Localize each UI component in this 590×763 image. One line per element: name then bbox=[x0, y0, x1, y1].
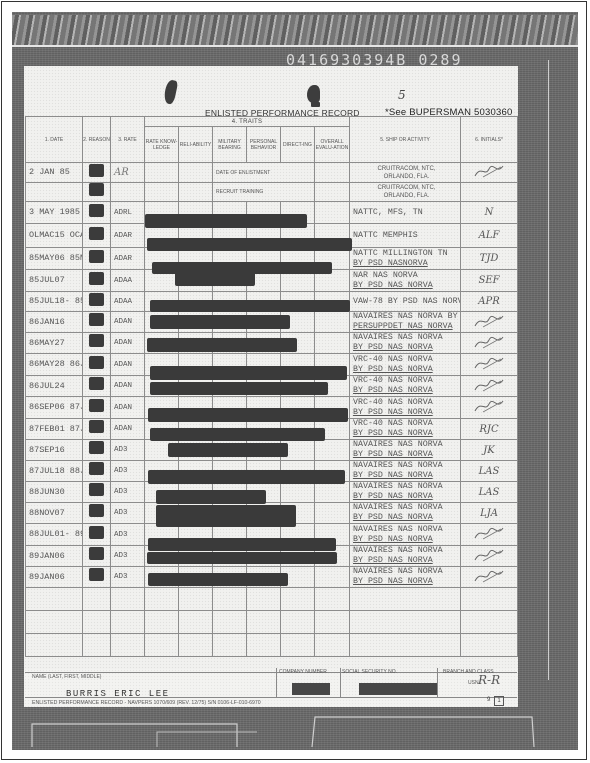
initials-cell: ALF bbox=[461, 224, 518, 248]
date-cell: 85JUL07 bbox=[26, 270, 83, 292]
hole-punch-mark bbox=[307, 85, 320, 103]
page-label: 9 bbox=[487, 697, 490, 703]
trait-note: RECRUIT TRAINING bbox=[213, 183, 315, 202]
initials-handwriting: TJD bbox=[480, 253, 499, 264]
trait-redaction bbox=[147, 552, 337, 564]
reason-redaction bbox=[89, 399, 104, 412]
rate-cell: AR bbox=[111, 163, 145, 183]
reason-redaction bbox=[89, 183, 104, 196]
initials-cell: LJA bbox=[461, 503, 518, 524]
trait-header: DIRECT-ING bbox=[281, 127, 315, 163]
date-cell: 86JAN16 bbox=[26, 312, 83, 333]
initials-cell: LAS bbox=[461, 482, 518, 503]
ship-activity-line: NAVAIRES NAS NORVA bbox=[353, 546, 460, 556]
trait-redaction bbox=[147, 338, 297, 352]
trait-redaction bbox=[148, 408, 348, 422]
trait-cell bbox=[315, 333, 350, 354]
initials-cell bbox=[461, 546, 518, 567]
reason-redaction bbox=[89, 334, 104, 347]
reason-redaction bbox=[89, 420, 104, 433]
reason-cell bbox=[83, 270, 111, 292]
date-cell: 86MAY27 bbox=[26, 333, 83, 354]
trait-cell bbox=[145, 163, 179, 183]
ship-activity-line: BY PSD NAS NORVA bbox=[353, 365, 460, 375]
date-cell: 89JAN06 bbox=[26, 546, 83, 567]
reason-cell bbox=[83, 482, 111, 503]
trait-redaction bbox=[150, 315, 290, 329]
initials-handwriting: APR bbox=[478, 296, 499, 307]
empty-cell bbox=[350, 588, 461, 611]
ship-activity-line: NAVAIRES NAS NORVA bbox=[353, 503, 460, 513]
empty-cell bbox=[315, 611, 350, 634]
column-header-initials: 6. INITIALS* bbox=[461, 117, 518, 163]
empty-cell bbox=[247, 634, 281, 657]
date-cell: 87JUL18 88JUN30 bbox=[26, 461, 83, 482]
empty-cell bbox=[315, 634, 350, 657]
ship-activity-line: NAVAIRES NAS NORVA bbox=[353, 567, 460, 577]
trait-cell bbox=[179, 183, 213, 202]
date-cell: 86SEP06 87JAN31 bbox=[26, 397, 83, 419]
initials-cell bbox=[461, 397, 518, 419]
company-number-redacted bbox=[292, 683, 330, 695]
table-row: 2 JAN 85ARDATE OF ENLISTMENTCRUITRACOM, … bbox=[26, 163, 518, 183]
ship-activity-line: BY PSD NAS NORVA bbox=[353, 450, 460, 460]
date-cell bbox=[26, 183, 83, 202]
empty-cell bbox=[350, 634, 461, 657]
date-cell: 87SEP16 bbox=[26, 440, 83, 461]
rate-cell: AD3 bbox=[111, 440, 145, 461]
ship-activity-line: BY PSD NAS NORVA bbox=[353, 386, 460, 396]
initials-cell bbox=[461, 183, 518, 202]
ssn-label: SOCIAL SECURITY NO. bbox=[342, 669, 397, 675]
empty-cell bbox=[247, 588, 281, 611]
empty-cell bbox=[26, 634, 83, 657]
ship-activity-line: CRUITRACOM, NTC, bbox=[353, 165, 460, 173]
table-row: 88JUN30AD3NAVAIRES NAS NORVABY PSD NAS N… bbox=[26, 482, 518, 503]
branch-class-value: R-R bbox=[478, 673, 500, 687]
ship-activity-line: BY PSD NAS NORVA bbox=[353, 513, 460, 523]
rate-cell: ADAN bbox=[111, 312, 145, 333]
ship-activity-line: BY PSD NAS NORVA bbox=[353, 556, 460, 566]
ship-activity-line: BY PSD NAS NORVA bbox=[353, 343, 460, 353]
ship-activity-line: NATTC MILLINGTON TN bbox=[353, 249, 460, 259]
initials-cell bbox=[461, 524, 518, 546]
ship-activity-cell: NAVAIRES NAS NORVABY PSD NAS NORVA bbox=[350, 333, 461, 354]
trait-cell bbox=[315, 482, 350, 503]
trait-header: RELI-ABILITY bbox=[179, 127, 213, 163]
trait-redaction bbox=[168, 443, 288, 457]
signature-scribble-icon bbox=[469, 398, 509, 414]
date-cell: 89JAN06 bbox=[26, 567, 83, 588]
ship-activity-line: NAVAIRES NAS NORVA bbox=[353, 525, 460, 535]
service-member-name: BURRIS ERIC LEE bbox=[66, 689, 170, 699]
ship-activity-line: NAVAIRES NAS NORVA bbox=[353, 440, 460, 450]
empty-cell bbox=[461, 634, 518, 657]
empty-cell bbox=[111, 611, 145, 634]
ship-activity-line: VAW-78 BY PSD NAS NORVA bbox=[353, 297, 460, 307]
initials-cell bbox=[461, 354, 518, 376]
initials-cell: LAS bbox=[461, 461, 518, 482]
reason-cell bbox=[83, 397, 111, 419]
hole-punch-mark bbox=[311, 102, 320, 107]
column-header-date: 1. DATE bbox=[26, 117, 83, 163]
empty-cell bbox=[26, 588, 83, 611]
initials-handwriting: LAS bbox=[479, 466, 500, 477]
empty-cell bbox=[145, 611, 179, 634]
trait-cell bbox=[315, 163, 350, 183]
empty-cell bbox=[213, 634, 247, 657]
empty-cell bbox=[281, 588, 315, 611]
margin-handwriting: 5 bbox=[398, 88, 406, 102]
reason-redaction bbox=[89, 293, 104, 306]
ship-activity-cell: NATTC MILLINGTON TNBY PSD NASNORVA bbox=[350, 248, 461, 270]
date-cell: 2 JAN 85 bbox=[26, 163, 83, 183]
ship-activity-cell: NAVAIRES NAS NORVABY PSD NAS NORVA bbox=[350, 567, 461, 588]
reason-redaction bbox=[89, 250, 104, 263]
reason-cell bbox=[83, 354, 111, 376]
footer-divider bbox=[340, 668, 341, 697]
rate-cell: ADAA bbox=[111, 292, 145, 312]
ship-activity-line: BY PSD NAS NORVA bbox=[353, 492, 460, 502]
initials-cell: APR bbox=[461, 292, 518, 312]
reason-redaction bbox=[89, 356, 104, 369]
ship-activity-line: BY PSD NAS NORVA bbox=[353, 535, 460, 545]
reason-redaction bbox=[89, 483, 104, 496]
empty-cell bbox=[281, 634, 315, 657]
ship-activity-line: NATTC, MFS, TN bbox=[353, 208, 460, 218]
initials-handwriting: RJC bbox=[479, 424, 498, 435]
initials-cell: JK bbox=[461, 440, 518, 461]
initials-cell: N bbox=[461, 202, 518, 224]
reason-redaction bbox=[89, 526, 104, 539]
reason-redaction bbox=[89, 204, 104, 217]
trait-redaction bbox=[148, 470, 345, 484]
initials-handwriting: SEF bbox=[478, 275, 499, 286]
trait-redaction bbox=[148, 573, 288, 586]
branch-prefix: USN bbox=[468, 680, 479, 686]
initials-cell bbox=[461, 567, 518, 588]
trait-cell bbox=[315, 202, 350, 224]
ship-activity-line: ORLANDO, FLA. bbox=[353, 173, 460, 181]
trait-cell bbox=[281, 482, 315, 503]
ship-activity-line: NAVAIRES NAS NORVA bbox=[353, 333, 460, 343]
signature-scribble-icon bbox=[469, 525, 509, 541]
reason-cell bbox=[83, 163, 111, 183]
trait-header: OVERALL EVALU-ATION bbox=[315, 127, 350, 163]
column-header-reason: 2. REASON bbox=[83, 117, 111, 163]
date-cell: 86JUL24 bbox=[26, 376, 83, 397]
initials-cell: TJD bbox=[461, 248, 518, 270]
company-number-label: COMPANY NUMBER bbox=[279, 669, 327, 675]
trait-redaction bbox=[147, 238, 352, 251]
signature-scribble-icon bbox=[469, 547, 509, 563]
trait-redaction bbox=[156, 505, 296, 527]
initials-handwriting: LAS bbox=[479, 487, 500, 498]
reason-cell bbox=[83, 503, 111, 524]
reason-cell bbox=[83, 461, 111, 482]
empty-cell bbox=[83, 611, 111, 634]
ship-activity-line: VRC-40 NAS NORVA bbox=[353, 376, 460, 386]
trait-header: MILITARY BEARING bbox=[213, 127, 247, 163]
trait-redaction bbox=[145, 214, 307, 228]
signature-scribble-icon bbox=[469, 377, 509, 393]
empty-cell bbox=[179, 588, 213, 611]
reason-cell bbox=[83, 202, 111, 224]
reason-cell bbox=[83, 567, 111, 588]
rate-cell: ADRL bbox=[111, 202, 145, 224]
rate-cell: ADAR bbox=[111, 224, 145, 248]
date-cell: OLMAC15 OCAP15 bbox=[26, 224, 83, 248]
ship-activity-line: NAR NAS NORVA bbox=[353, 271, 460, 281]
ship-activity-line: ORLANDO, FLA. bbox=[353, 192, 460, 200]
ship-activity-cell: VRC-40 NAS NORVABY PSD NAS NORVA bbox=[350, 376, 461, 397]
signature-scribble-icon bbox=[469, 334, 509, 350]
ssn-redacted bbox=[359, 683, 437, 695]
ship-activity-cell: NAVAIRES NAS NORVABY PSD NAS NORVA bbox=[350, 461, 461, 482]
trait-redaction bbox=[148, 538, 336, 551]
table-row: RECRUIT TRAININGCRUITRACOM, NTC,ORLANDO,… bbox=[26, 183, 518, 202]
ship-activity-cell: VAW-78 BY PSD NAS NORVA bbox=[350, 292, 461, 312]
ship-activity-cell: NAR NAS NORVABY PSD NAS NORVA bbox=[350, 270, 461, 292]
ship-activity-line: NAVAIRES NAS NORVA bbox=[353, 482, 460, 492]
trait-note: DATE OF ENLISTMENT bbox=[213, 163, 315, 183]
ship-activity-line: NAVAIRES NAS NORVA BY bbox=[353, 312, 460, 322]
trait-redaction bbox=[175, 272, 255, 286]
date-cell: 3 MAY 1985 bbox=[26, 202, 83, 224]
trait-header: RATE KNOW-LEDGE bbox=[145, 127, 179, 163]
ship-activity-cell: VRC-40 NAS NORVABY PSD NAS NORVA bbox=[350, 419, 461, 440]
column-header-traits: 4. TRAITS bbox=[145, 117, 350, 127]
ship-activity-line: VRC-40 NAS NORVA bbox=[353, 398, 460, 408]
ship-activity-line: BY PSD NAS NORVA bbox=[353, 471, 460, 481]
rate-cell: ADAN bbox=[111, 397, 145, 419]
scan-artifact-lines bbox=[12, 712, 578, 750]
reason-cell bbox=[83, 248, 111, 270]
rate-cell: AD3 bbox=[111, 461, 145, 482]
empty-cell bbox=[83, 588, 111, 611]
form-identifier: ENLISTED PERFORMANCE RECORD - NAVPERS 10… bbox=[32, 700, 261, 706]
trait-redaction bbox=[150, 366, 347, 380]
date-cell: 88JUN30 bbox=[26, 482, 83, 503]
rate-cell: AD3 bbox=[111, 524, 145, 546]
initials-handwriting: JK bbox=[483, 445, 494, 456]
empty-cell bbox=[111, 634, 145, 657]
reason-redaction bbox=[89, 313, 104, 326]
trait-cell bbox=[179, 163, 213, 183]
reason-redaction bbox=[89, 504, 104, 517]
reason-redaction bbox=[89, 164, 104, 177]
empty-row bbox=[26, 611, 518, 634]
trait-header: PERSONAL BEHAVIOR bbox=[247, 127, 281, 163]
ship-activity-line: NATTC MEMPHIS bbox=[353, 231, 460, 241]
empty-cell bbox=[213, 588, 247, 611]
rate-cell: ADAN bbox=[111, 419, 145, 440]
empty-cell bbox=[247, 611, 281, 634]
empty-cell bbox=[179, 611, 213, 634]
ship-activity-cell: NAVAIRES NAS NORVABY PSD NAS NORVA bbox=[350, 546, 461, 567]
ship-activity-line: VRC-40 NAS NORVA bbox=[353, 355, 460, 365]
name-label: NAME (Last, First, Middle) bbox=[32, 674, 101, 680]
empty-cell bbox=[26, 611, 83, 634]
reason-cell bbox=[83, 292, 111, 312]
ship-activity-line: CRUITRACOM, NTC, bbox=[353, 184, 460, 192]
empty-cell bbox=[145, 588, 179, 611]
ship-activity-cell: NAVAIRES NAS NORVABY PSD NAS NORVA bbox=[350, 482, 461, 503]
initials-cell bbox=[461, 333, 518, 354]
rate-cell: ADAN bbox=[111, 333, 145, 354]
reason-cell bbox=[83, 546, 111, 567]
initials-handwriting: LJA bbox=[480, 508, 498, 519]
signature-scribble-icon bbox=[469, 355, 509, 371]
ship-activity-cell: CRUITRACOM, NTC,ORLANDO, FLA. bbox=[350, 163, 461, 183]
ship-activity-cell: VRC-40 NAS NORVABY PSD NAS NORVA bbox=[350, 354, 461, 376]
initials-cell bbox=[461, 312, 518, 333]
ship-activity-cell: NAVAIRES NAS NORVA BYPERSUPPDET NAS NORV… bbox=[350, 312, 461, 333]
reason-cell bbox=[83, 312, 111, 333]
ship-activity-line: BY PSD NASNORVA bbox=[353, 259, 460, 269]
reason-redaction bbox=[89, 272, 104, 285]
rate-cell: AD3 bbox=[111, 482, 145, 503]
date-cell: 88JUL01- 89JAN06 bbox=[26, 524, 83, 546]
rate-cell: AD3 bbox=[111, 503, 145, 524]
footer-divider bbox=[276, 668, 277, 697]
reason-cell bbox=[83, 224, 111, 248]
ship-activity-cell: NATTC, MFS, TN bbox=[350, 202, 461, 224]
reason-redaction bbox=[89, 462, 104, 475]
ship-activity-line: BY PSD NAS NORVA bbox=[353, 429, 460, 439]
ship-activity-line: NAVAIRES NAS NORVA bbox=[353, 461, 460, 471]
page-number-box: 1 bbox=[494, 696, 504, 706]
scan-noise-top bbox=[12, 15, 578, 45]
date-cell: 88NOV07 bbox=[26, 503, 83, 524]
rate-cell: ADAR bbox=[111, 248, 145, 270]
ship-activity-cell: NATTC MEMPHIS bbox=[350, 224, 461, 248]
rate-cell bbox=[111, 183, 145, 202]
reason-redaction bbox=[89, 547, 104, 560]
initials-cell: RJC bbox=[461, 419, 518, 440]
reason-cell bbox=[83, 333, 111, 354]
rate-cell: AD3 bbox=[111, 567, 145, 588]
reason-redaction bbox=[89, 227, 104, 240]
initials-handwriting: ALF bbox=[479, 230, 500, 241]
empty-cell bbox=[461, 588, 518, 611]
column-header-ship: 5. SHIP OR ACTIVITY bbox=[350, 117, 461, 163]
trait-redaction bbox=[150, 428, 325, 441]
reason-redaction bbox=[89, 568, 104, 581]
ship-activity-line: BY PSD NAS NORVA bbox=[353, 577, 460, 587]
ship-activity-line: BY PSD NAS NORVA bbox=[353, 281, 460, 291]
ship-activity-cell: NAVAIRES NAS NORVABY PSD NAS NORVA bbox=[350, 524, 461, 546]
ship-activity-cell: VRC-40 NAS NORVABY PSD NAS NORVA bbox=[350, 397, 461, 419]
date-cell: 87FEB01 87JUL17 bbox=[26, 419, 83, 440]
empty-row bbox=[26, 588, 518, 611]
empty-cell bbox=[179, 634, 213, 657]
signature-scribble-icon bbox=[469, 163, 509, 179]
empty-cell bbox=[281, 611, 315, 634]
initials-cell: SEF bbox=[461, 270, 518, 292]
reason-redaction bbox=[89, 377, 104, 390]
rate-cell: ADAA bbox=[111, 270, 145, 292]
scan-edge-line-right bbox=[548, 60, 549, 680]
footer-divider bbox=[437, 668, 438, 697]
date-cell: 85JUL18- 85OCT09 bbox=[26, 292, 83, 312]
trait-cell bbox=[315, 183, 350, 202]
reason-cell bbox=[83, 524, 111, 546]
empty-cell bbox=[350, 611, 461, 634]
ship-activity-line: BY PSD NAS NORVA bbox=[353, 408, 460, 418]
empty-cell bbox=[461, 611, 518, 634]
date-cell: 85MAY06 85MAY06 bbox=[26, 248, 83, 270]
empty-row bbox=[26, 634, 518, 657]
initials-cell bbox=[461, 376, 518, 397]
signature-scribble-icon bbox=[469, 313, 509, 329]
trait-redaction bbox=[156, 490, 266, 504]
date-cell: 86MAY28 86JUL29 bbox=[26, 354, 83, 376]
empty-cell bbox=[111, 588, 145, 611]
scan-edge-line bbox=[12, 45, 578, 47]
ship-activity-cell: NAVAIRES NAS NORVABY PSD NAS NORVA bbox=[350, 503, 461, 524]
reason-cell bbox=[83, 440, 111, 461]
reason-cell bbox=[83, 419, 111, 440]
empty-cell bbox=[145, 634, 179, 657]
trait-cell bbox=[315, 567, 350, 588]
trait-redaction bbox=[150, 300, 350, 312]
initials-cell bbox=[461, 163, 518, 183]
reason-redaction bbox=[89, 441, 104, 454]
empty-cell bbox=[83, 634, 111, 657]
trait-cell bbox=[315, 440, 350, 461]
signature-scribble-icon bbox=[469, 568, 509, 584]
ship-activity-cell: CRUITRACOM, NTC,ORLANDO, FLA. bbox=[350, 183, 461, 202]
column-header-rate: 3. RATE bbox=[111, 117, 145, 163]
ship-activity-line: PERSUPPDET NAS NORVA bbox=[353, 322, 460, 332]
rate-cell: ADAN bbox=[111, 354, 145, 376]
ship-activity-line: VRC-40 NAS NORVA bbox=[353, 419, 460, 429]
rate-cell: ADAN bbox=[111, 376, 145, 397]
trait-cell bbox=[315, 312, 350, 333]
ship-activity-cell: NAVAIRES NAS NORVABY PSD NAS NORVA bbox=[350, 440, 461, 461]
reason-cell bbox=[83, 376, 111, 397]
empty-cell bbox=[315, 588, 350, 611]
rate-cell: AD3 bbox=[111, 546, 145, 567]
reason-cell bbox=[83, 183, 111, 202]
initials-handwriting: N bbox=[485, 207, 494, 218]
trait-redaction bbox=[150, 382, 328, 395]
trait-cell bbox=[315, 503, 350, 524]
empty-cell bbox=[213, 611, 247, 634]
trait-cell bbox=[145, 183, 179, 202]
